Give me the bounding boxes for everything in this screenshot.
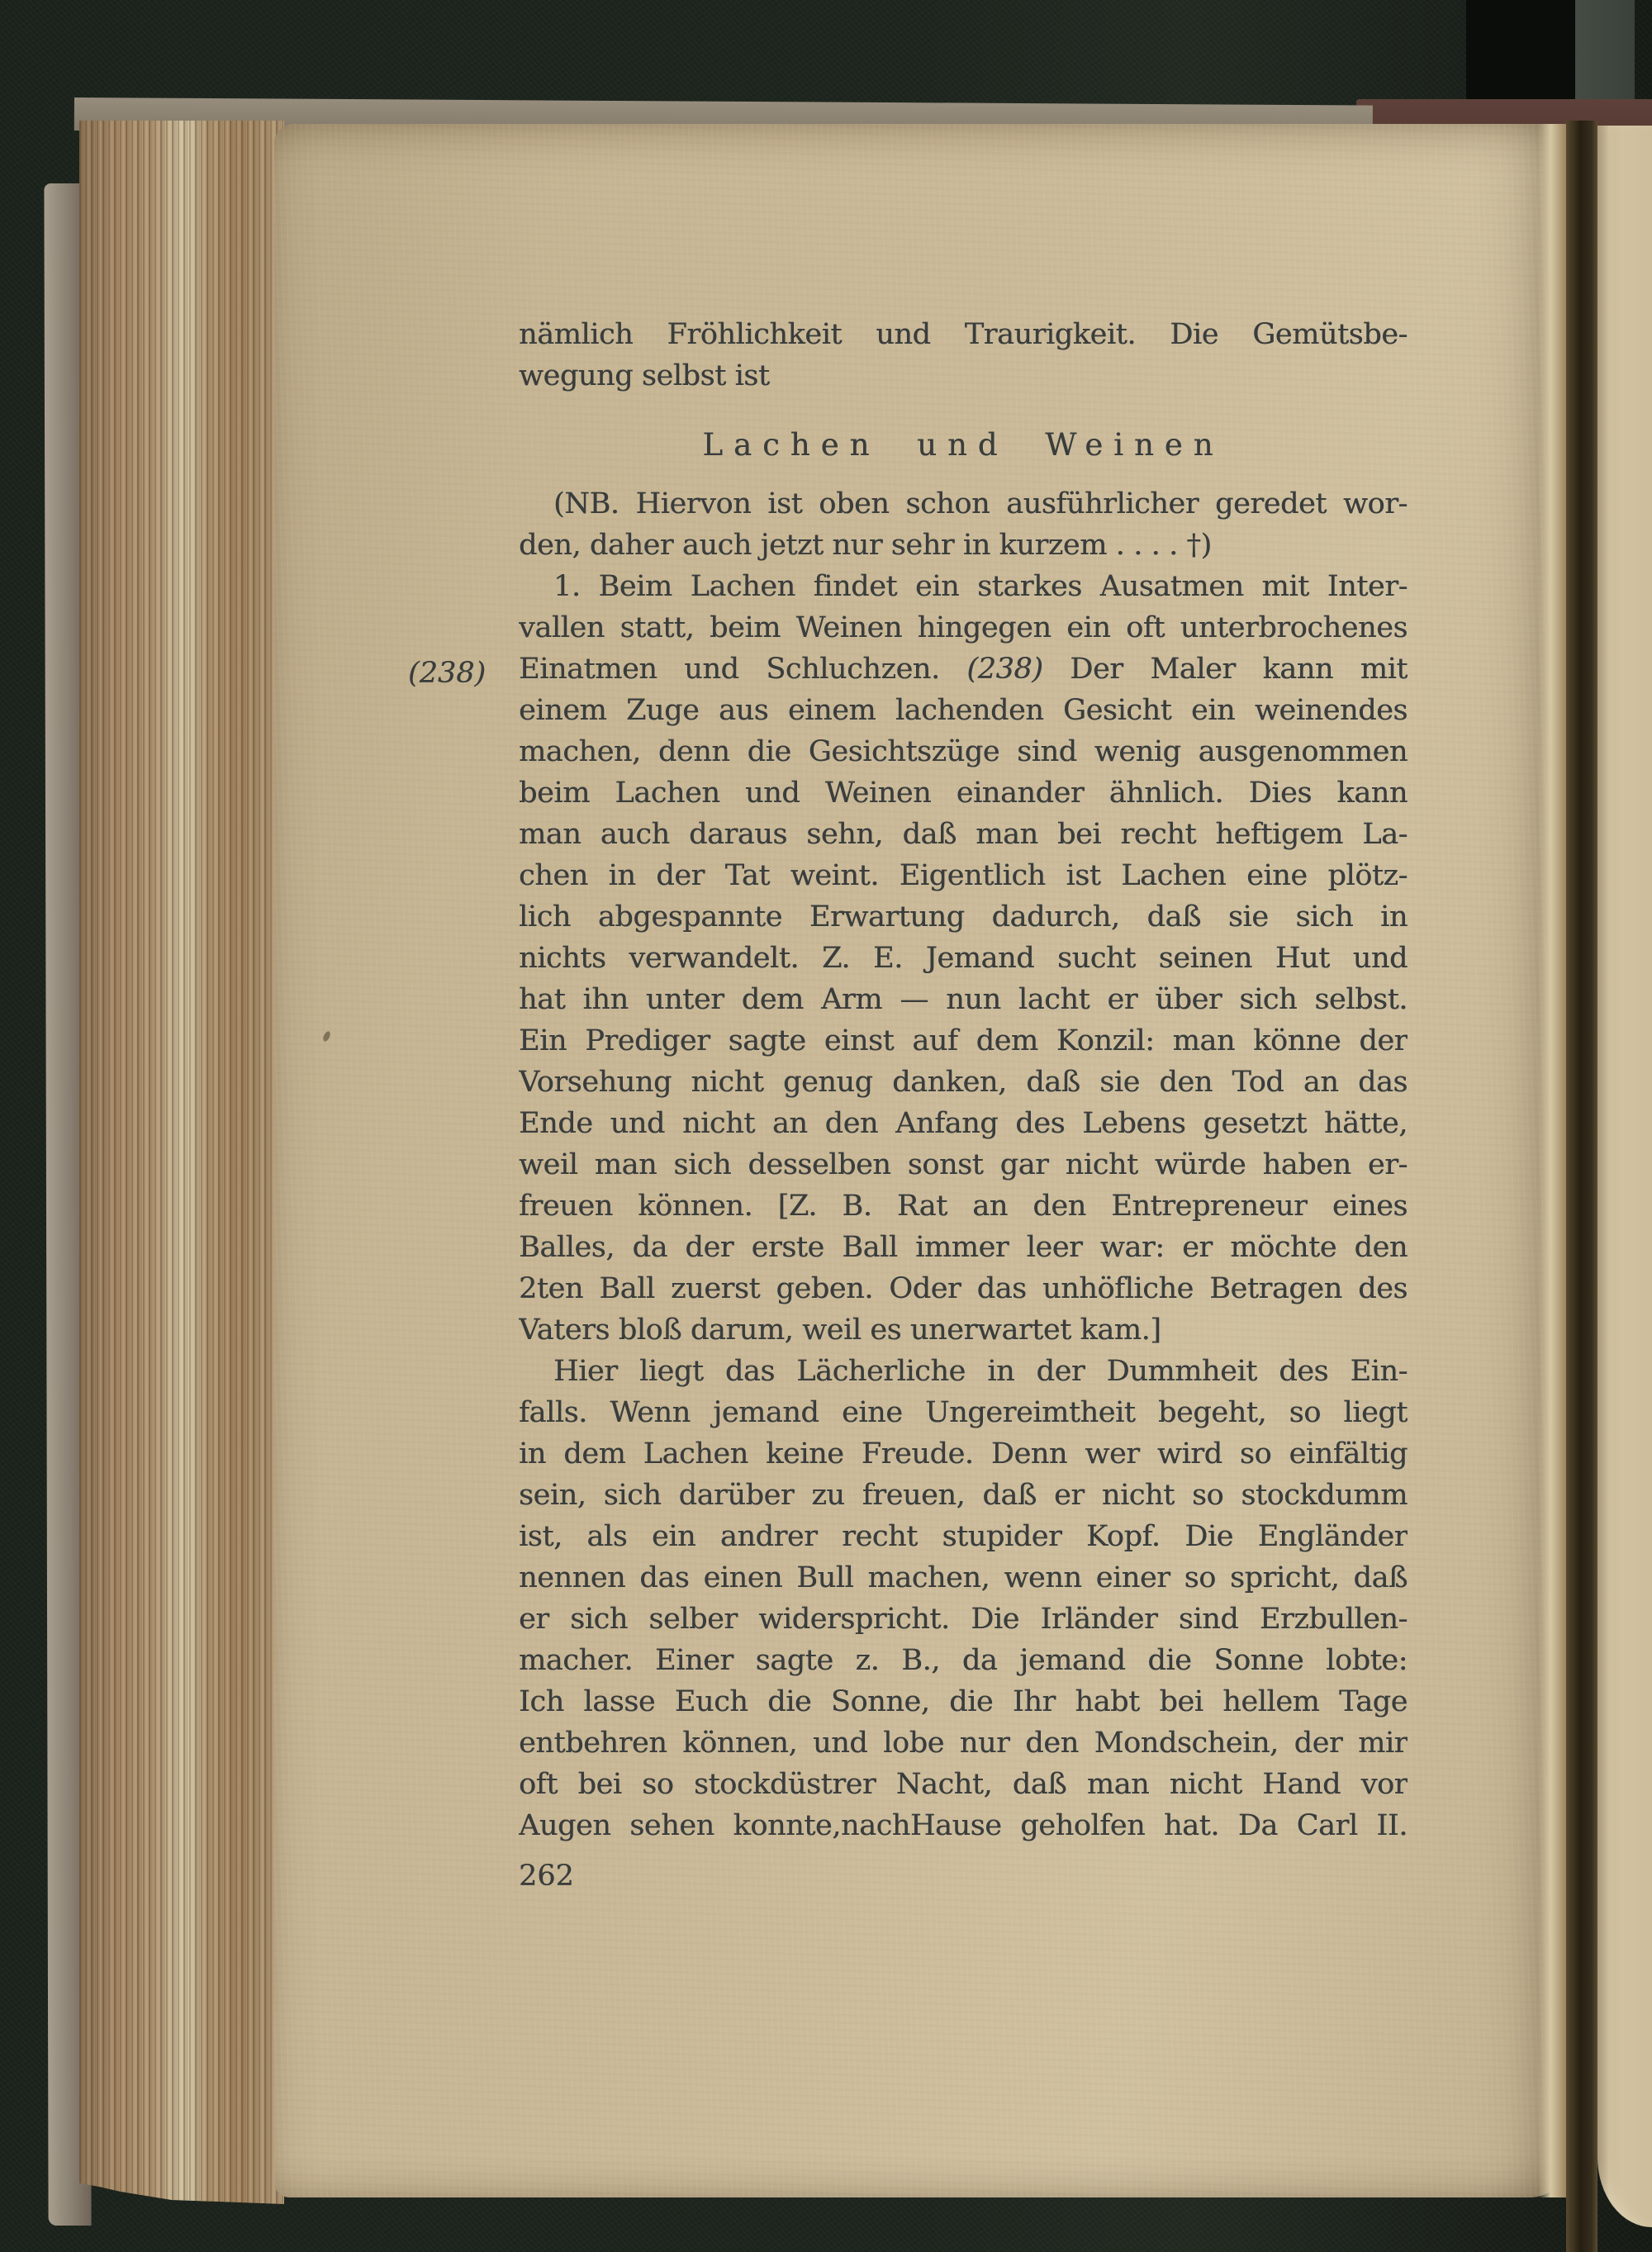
text-line: Vorsehung nicht genug danken, daß sie de… <box>519 1062 1408 1103</box>
text-line: Ich lasse Euch die Sonne, die Ihr habt b… <box>519 1681 1408 1722</box>
text-run: Einatmen und Schluchzen. <box>519 653 966 686</box>
text-line: wegung selbst ist <box>519 355 1408 397</box>
text-line: vallen statt, beim Weinen hingegen ein o… <box>519 607 1408 649</box>
margin-note: (238) <box>408 653 486 694</box>
text-line: 2ten Ball zuerst geben. Oder das unhöfli… <box>519 1268 1408 1309</box>
text-line: Balles, da der erste Ball immer leer war… <box>519 1227 1408 1268</box>
text-line: hat ihn unter dem Arm — nun lacht er übe… <box>519 979 1408 1020</box>
text-line: in dem Lachen keine Freude. Denn wer wir… <box>519 1433 1408 1475</box>
text-line: Einatmen und Schluchzen. (238) Der Maler… <box>519 649 1408 690</box>
text-line: lich abgespannte Erwartung dadurch, daß … <box>519 896 1408 938</box>
intro-paragraph: nämlich Fröhlichkeit und Traurigkeit. Di… <box>519 314 1408 397</box>
text-line: 1. Beim Lachen findet ein starkes Ausatm… <box>519 566 1408 607</box>
text-line: ist, als ein andrer recht stupider Kopf.… <box>519 1516 1408 1557</box>
page-right-curl-highlight <box>1538 124 1566 2197</box>
text-line: weil man sich desselben sonst gar nicht … <box>519 1144 1408 1185</box>
inline-margin-ref: (238) <box>966 653 1042 686</box>
text-line: Augen sehen konnte,nachHause geholfen ha… <box>519 1805 1408 1846</box>
text-line: Ende und nicht an den Anfang des Lebens … <box>519 1103 1408 1144</box>
text-line: chen in der Tat weint. Eigentlich ist La… <box>519 855 1408 896</box>
text-line: oft bei so stockdüstrer Nacht, daß man n… <box>519 1764 1408 1805</box>
text-line: nämlich Fröhlichkeit und Traurigkeit. Di… <box>519 314 1408 355</box>
text-line: Vaters bloß darum, weil es unerwartet ka… <box>519 1309 1408 1351</box>
text-line: den, daher auch jetzt nur sehr in kurzem… <box>519 525 1408 566</box>
photo-of-open-book: nämlich Fröhlichkeit und Traurigkeit. Di… <box>0 0 1652 2252</box>
facing-page-sliver <box>1597 126 1652 2227</box>
text-line: beim Lachen und Weinen einander ähnlich.… <box>519 772 1408 814</box>
book-gutter-shadow <box>1566 121 1597 2252</box>
page-number: 262 <box>519 1855 574 1897</box>
page-stack-fore-edge <box>79 121 284 2204</box>
text-line: sein, sich darüber zu freuen, daß er nic… <box>519 1475 1408 1516</box>
text-line: Ein Prediger sagte einst auf dem Konzil:… <box>519 1020 1408 1062</box>
text-line: (NB. Hiervon ist oben schon ausführliche… <box>519 483 1408 525</box>
text-line: nennen das einen Bull machen, wenn einer… <box>519 1557 1408 1599</box>
text-line: Hier liegt das Lächerliche in der Dummhe… <box>519 1351 1408 1392</box>
text-line: man auch daraus sehn, daß man bei recht … <box>519 814 1408 855</box>
section-heading: Lachen und Weinen <box>519 425 1408 466</box>
text-line: macher. Einer sagte z. B., da jemand die… <box>519 1640 1408 1681</box>
body-paragraphs: (NB. Hiervon ist oben schon ausführliche… <box>519 483 1408 1846</box>
text-run: Der Maler kann mit <box>1043 653 1408 686</box>
text-line: entbehren können, und lobe nur den Monds… <box>519 1722 1408 1764</box>
text-line: freuen können. [Z. B. Rat an den Entrepr… <box>519 1185 1408 1227</box>
text-line: machen, denn die Gesichtszüge sind wenig… <box>519 731 1408 772</box>
text-line: falls. Wenn jemand eine Ungereimtheit be… <box>519 1392 1408 1433</box>
text-line: einem Zuge aus einem lachenden Gesicht e… <box>519 690 1408 731</box>
text-line: er sich selber widerspricht. Die Irlände… <box>519 1599 1408 1640</box>
text-line: nichts verwandelt. Z. E. Jemand sucht se… <box>519 938 1408 979</box>
